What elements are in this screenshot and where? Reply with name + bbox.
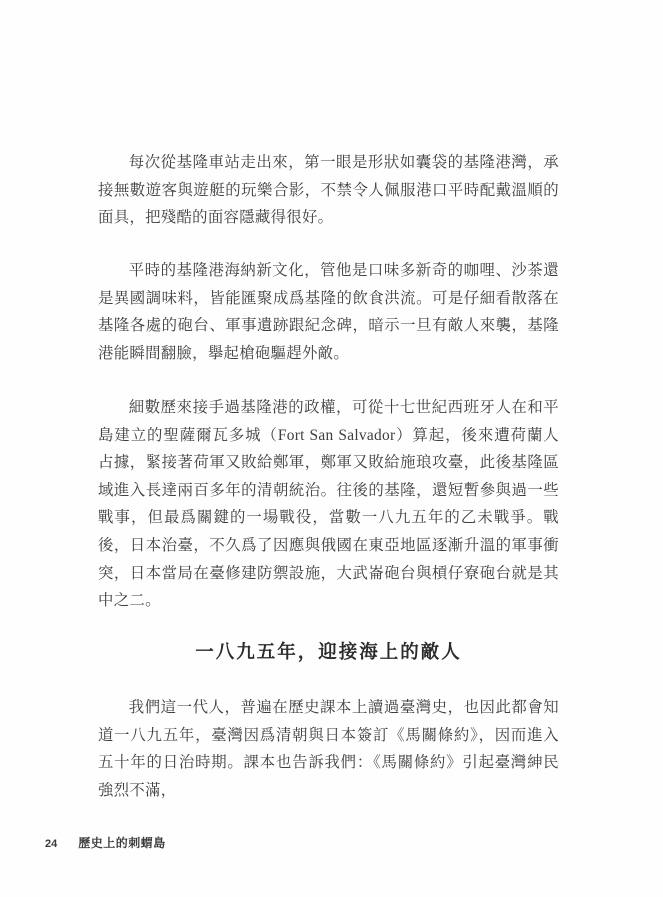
paragraph-4: 我們這一代人，普遍在歷史課本上讀過臺灣史，也因此都會知道一八九五年，臺灣因爲清朝… (98, 694, 559, 804)
page-footer: 24 歷史上的刺蝟島 (45, 834, 166, 851)
paragraph-3: 細數歷來接手過基隆港的政權，可從十七世紀西班牙人在和平島建立的聖薩爾瓦多城（Fo… (98, 394, 559, 615)
section-heading: 一八九五年，迎接海上的敵人 (98, 638, 559, 666)
book-page: 每次從基隆車站走出來，第一眼是形狀如囊袋的基隆港灣，承接無數遊客與遊艇的玩樂合影… (0, 0, 663, 897)
paragraph-2: 平時的基隆港海納新文化，管他是口味多新奇的咖哩、沙茶還是異國調味料，皆能匯聚成爲… (98, 257, 559, 367)
page-number: 24 (45, 838, 57, 850)
running-book-title: 歷史上的刺蝟島 (78, 834, 166, 851)
paragraph-1: 每次從基隆車站走出來，第一眼是形狀如囊袋的基隆港灣，承接無數遊客與遊艇的玩樂合影… (98, 149, 559, 232)
